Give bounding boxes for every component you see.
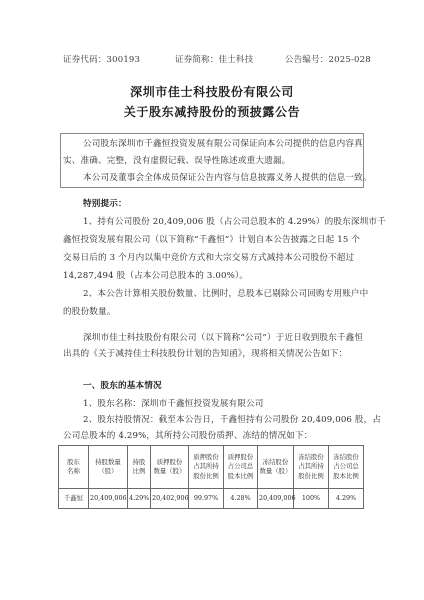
table-cell: 100% (294, 489, 329, 509)
stock-abbreviation: 证券简称：佳士科技 (175, 53, 253, 65)
column-header: 冻结股份占公司总股本比例 (329, 446, 364, 489)
table-cell: 20,409,006 (89, 489, 128, 509)
intro-line: 深圳市佳士科技股份有限公司（以下简称“公司”）于近日收到股东千鑫恒 (83, 332, 363, 344)
special-notice-item1-line: 鑫恒投资发展有限公司（以下简称“千鑫恒”）计划自本公告披露之日起 15 个 (63, 234, 360, 246)
table-cell: 4.29% (128, 489, 151, 509)
special-notice-item2-line: 的股份数量。 (63, 306, 115, 318)
column-header: 质押股份占公司总股本比例 (224, 446, 258, 489)
shareholding-line: 2、股东持股情况：截至本公告日，千鑫恒持有公司股份 20,409,006 股，占 (83, 414, 381, 426)
table-cell: 4.29% (329, 489, 364, 509)
disclaimer-line: 实、准确、完整，没有虚假记载、误导性陈述或重大遗漏。 (63, 155, 290, 167)
column-header: 质押股份数量（股） (151, 446, 189, 489)
company-name-title: 深圳市佳士科技股份有限公司 (0, 83, 424, 100)
table-cell: 4.28% (224, 489, 258, 509)
column-header: 冻结股份占其所持股份比例 (294, 446, 329, 489)
table-cell: 20,402,906 (151, 489, 189, 509)
shareholding-line: 公司总股本的 4.29%，其所持公司股份质押、冻结的情况如下： (63, 430, 313, 442)
special-notice-item1-line: 1、持有公司股份 20,409,006 股（占公司总股本的 4.29%）的股东深… (83, 216, 386, 228)
announcement-title: 关于股东减持股份的预披露公告 (0, 103, 424, 120)
column-header: 冻结股份数量（股） (258, 446, 294, 489)
column-header: 持股比例 (128, 446, 151, 489)
disclaimer-line: 公司股东深圳市千鑫恒投资发展有限公司保证向本公司提供的信息内容真 (83, 138, 363, 150)
column-header: 质押股份占其所持股份比例 (189, 446, 224, 489)
special-notice-heading: 特别提示： (83, 198, 127, 210)
section1-heading: 一、股东的基本情况 (83, 380, 162, 392)
table-header-row: 股东名称持股数量（股）持股比例质押股份数量（股）质押股份占其所持股份比例质押股份… (59, 446, 364, 489)
table-cell: 千鑫恒 (59, 489, 89, 509)
announcement-page: 证券代码：300193 证券简称：佳士科技 公告编号：2025-028 深圳市佳… (0, 0, 424, 600)
pledge-freeze-table: 股东名称持股数量（股）持股比例质押股份数量（股）质押股份占其所持股份比例质押股份… (58, 445, 364, 509)
special-notice-item1-line: 14,287,494 股（占本公司总股本的 3.00%）。 (63, 270, 248, 282)
shareholder-name-line: 1、股东名称：深圳市千鑫恒投资发展有限公司 (83, 398, 264, 410)
intro-line: 出具的《关于减持佳士科技股份计划的告知函》，现将相关情况公告如下： (63, 348, 347, 360)
stock-code: 证券代码：300193 (63, 53, 140, 65)
column-header: 股东名称 (59, 446, 89, 489)
table-row: 千鑫恒20,409,0064.29%20,402,90699.97%4.28%2… (59, 489, 364, 509)
special-notice-item1-line: 交易日后的 3 个月内以集中竞价方式和大宗交易方式减持本公司股份不超过 (63, 252, 354, 264)
column-header: 持股数量（股） (89, 446, 128, 489)
announcement-number: 公告编号：2025-028 (285, 53, 371, 65)
table-cell: 99.97% (189, 489, 224, 509)
disclaimer-line: 本公司及董事会全体成员保证公告内容与信息披露义务人提供的信息一致。 (83, 172, 372, 184)
table-cell: 20,409,006 (258, 489, 294, 509)
special-notice-item2-line: 2、本公告计算相关股份数量、比例时，总股本已剔除公司回购专用账户中 (83, 288, 368, 300)
